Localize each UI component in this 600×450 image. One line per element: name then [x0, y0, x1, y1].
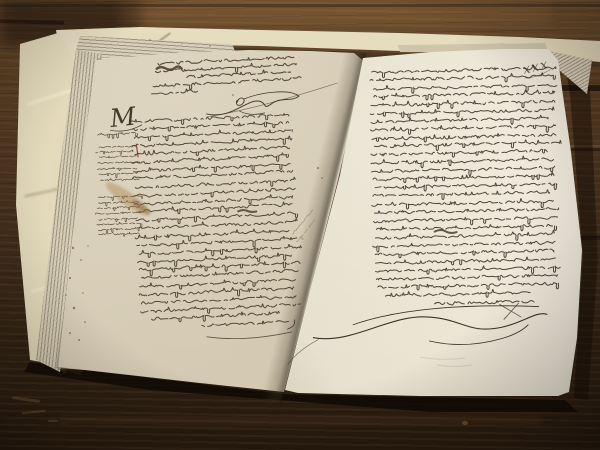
handwritten-line — [99, 145, 135, 148]
handwritten-line — [373, 82, 559, 95]
handwritten-line — [139, 243, 301, 259]
handwritten-line — [98, 227, 139, 233]
handwritten-line — [136, 211, 298, 226]
foxing-spot — [209, 45, 210, 46]
handwritten-line — [372, 198, 554, 212]
handwritten-line — [133, 120, 289, 134]
foxing-spot — [72, 247, 74, 249]
handwritten-line — [374, 89, 557, 101]
handwritten-line — [376, 274, 557, 283]
foxing-spot — [69, 332, 71, 334]
foxing-spot — [84, 321, 86, 323]
handwritten-line — [139, 285, 294, 301]
slanted-gutter-note — [290, 210, 322, 244]
flourish-stroke — [244, 91, 299, 99]
handwritten-line — [132, 170, 292, 180]
handwritten-line — [375, 256, 555, 266]
flourish-knot — [236, 98, 244, 106]
handwritten-line — [385, 288, 532, 299]
foxing-spot — [65, 294, 67, 296]
handwritten-line — [374, 139, 561, 152]
foxing-spot — [78, 339, 80, 341]
heavy-ink-blot — [157, 66, 182, 70]
handwritten-line — [158, 55, 294, 65]
handwritten-line — [99, 232, 142, 237]
heavy-ink-blot — [435, 230, 457, 234]
left-last-line-swash — [206, 320, 295, 340]
handwritten-line — [373, 240, 556, 252]
foxing-spot — [317, 167, 319, 169]
right-page-body-text — [369, 64, 565, 307]
foxing-spot — [321, 177, 323, 179]
initial-caption-word — [98, 131, 138, 139]
handwritten-line — [202, 320, 289, 327]
underline-swash — [207, 332, 292, 340]
handwriting-ink-layer: M xxx — [0, 0, 600, 450]
handwritten-line — [374, 215, 562, 227]
heavy-ink-blot — [238, 209, 256, 212]
handwritten-line — [140, 276, 298, 291]
ghost-stroke — [420, 357, 465, 359]
photo-scene: M xxx — [0, 0, 600, 450]
handwritten-line — [98, 131, 138, 139]
handwritten-line — [151, 310, 279, 323]
signature-flourish — [287, 302, 548, 364]
folio-number-xxx: xxx — [521, 57, 550, 78]
rubric-tail — [287, 340, 319, 365]
handwritten-line — [373, 190, 552, 201]
handwritten-line — [371, 98, 559, 111]
handwritten-line — [141, 268, 298, 279]
rubric-stroke — [429, 325, 528, 346]
show-through-ghost-text — [420, 357, 472, 367]
handwritten-line — [141, 294, 296, 305]
initial-letter: M — [108, 101, 143, 133]
foxing-spot — [73, 307, 76, 310]
ghost-stroke — [437, 365, 472, 367]
foxing-spot — [181, 42, 182, 43]
handwritten-line — [371, 115, 551, 128]
handwritten-line — [134, 127, 292, 143]
handwritten-line — [97, 166, 137, 171]
foxing-spot — [232, 94, 234, 96]
left-page-header-flourish — [205, 83, 338, 117]
red-ink-mark — [137, 146, 139, 158]
handwritten-line — [96, 150, 134, 155]
handwritten-line — [100, 178, 139, 182]
foxing-spot — [87, 245, 88, 246]
left-page-header-text — [150, 55, 301, 95]
handwritten-line — [376, 223, 556, 235]
handwritten-line — [135, 177, 295, 192]
handwritten-line — [133, 187, 296, 201]
flourish-long-stroke — [205, 83, 338, 117]
foxing-spot — [149, 39, 150, 40]
handwritten-line — [139, 218, 298, 231]
handwritten-line — [374, 207, 560, 215]
foxing-spot — [80, 259, 82, 261]
handwritten-line — [95, 211, 141, 214]
foxing-spot — [69, 277, 71, 279]
handwritten-line — [153, 77, 301, 92]
handwritten-line — [370, 123, 555, 136]
handwritten-line — [99, 172, 138, 179]
handwritten-line — [435, 300, 537, 306]
foxing-spot — [82, 292, 84, 294]
handwritten-line — [137, 235, 301, 252]
handwritten-line — [378, 281, 559, 293]
rubric-stroke — [353, 305, 539, 325]
handwritten-line — [135, 144, 293, 159]
handwritten-line — [99, 155, 138, 158]
handwritten-line — [372, 132, 558, 143]
handwritten-line — [296, 220, 317, 244]
handwritten-line — [373, 172, 554, 183]
handwritten-line — [375, 230, 554, 244]
left-page-body-text — [127, 61, 305, 329]
handwritten-line — [371, 155, 554, 168]
